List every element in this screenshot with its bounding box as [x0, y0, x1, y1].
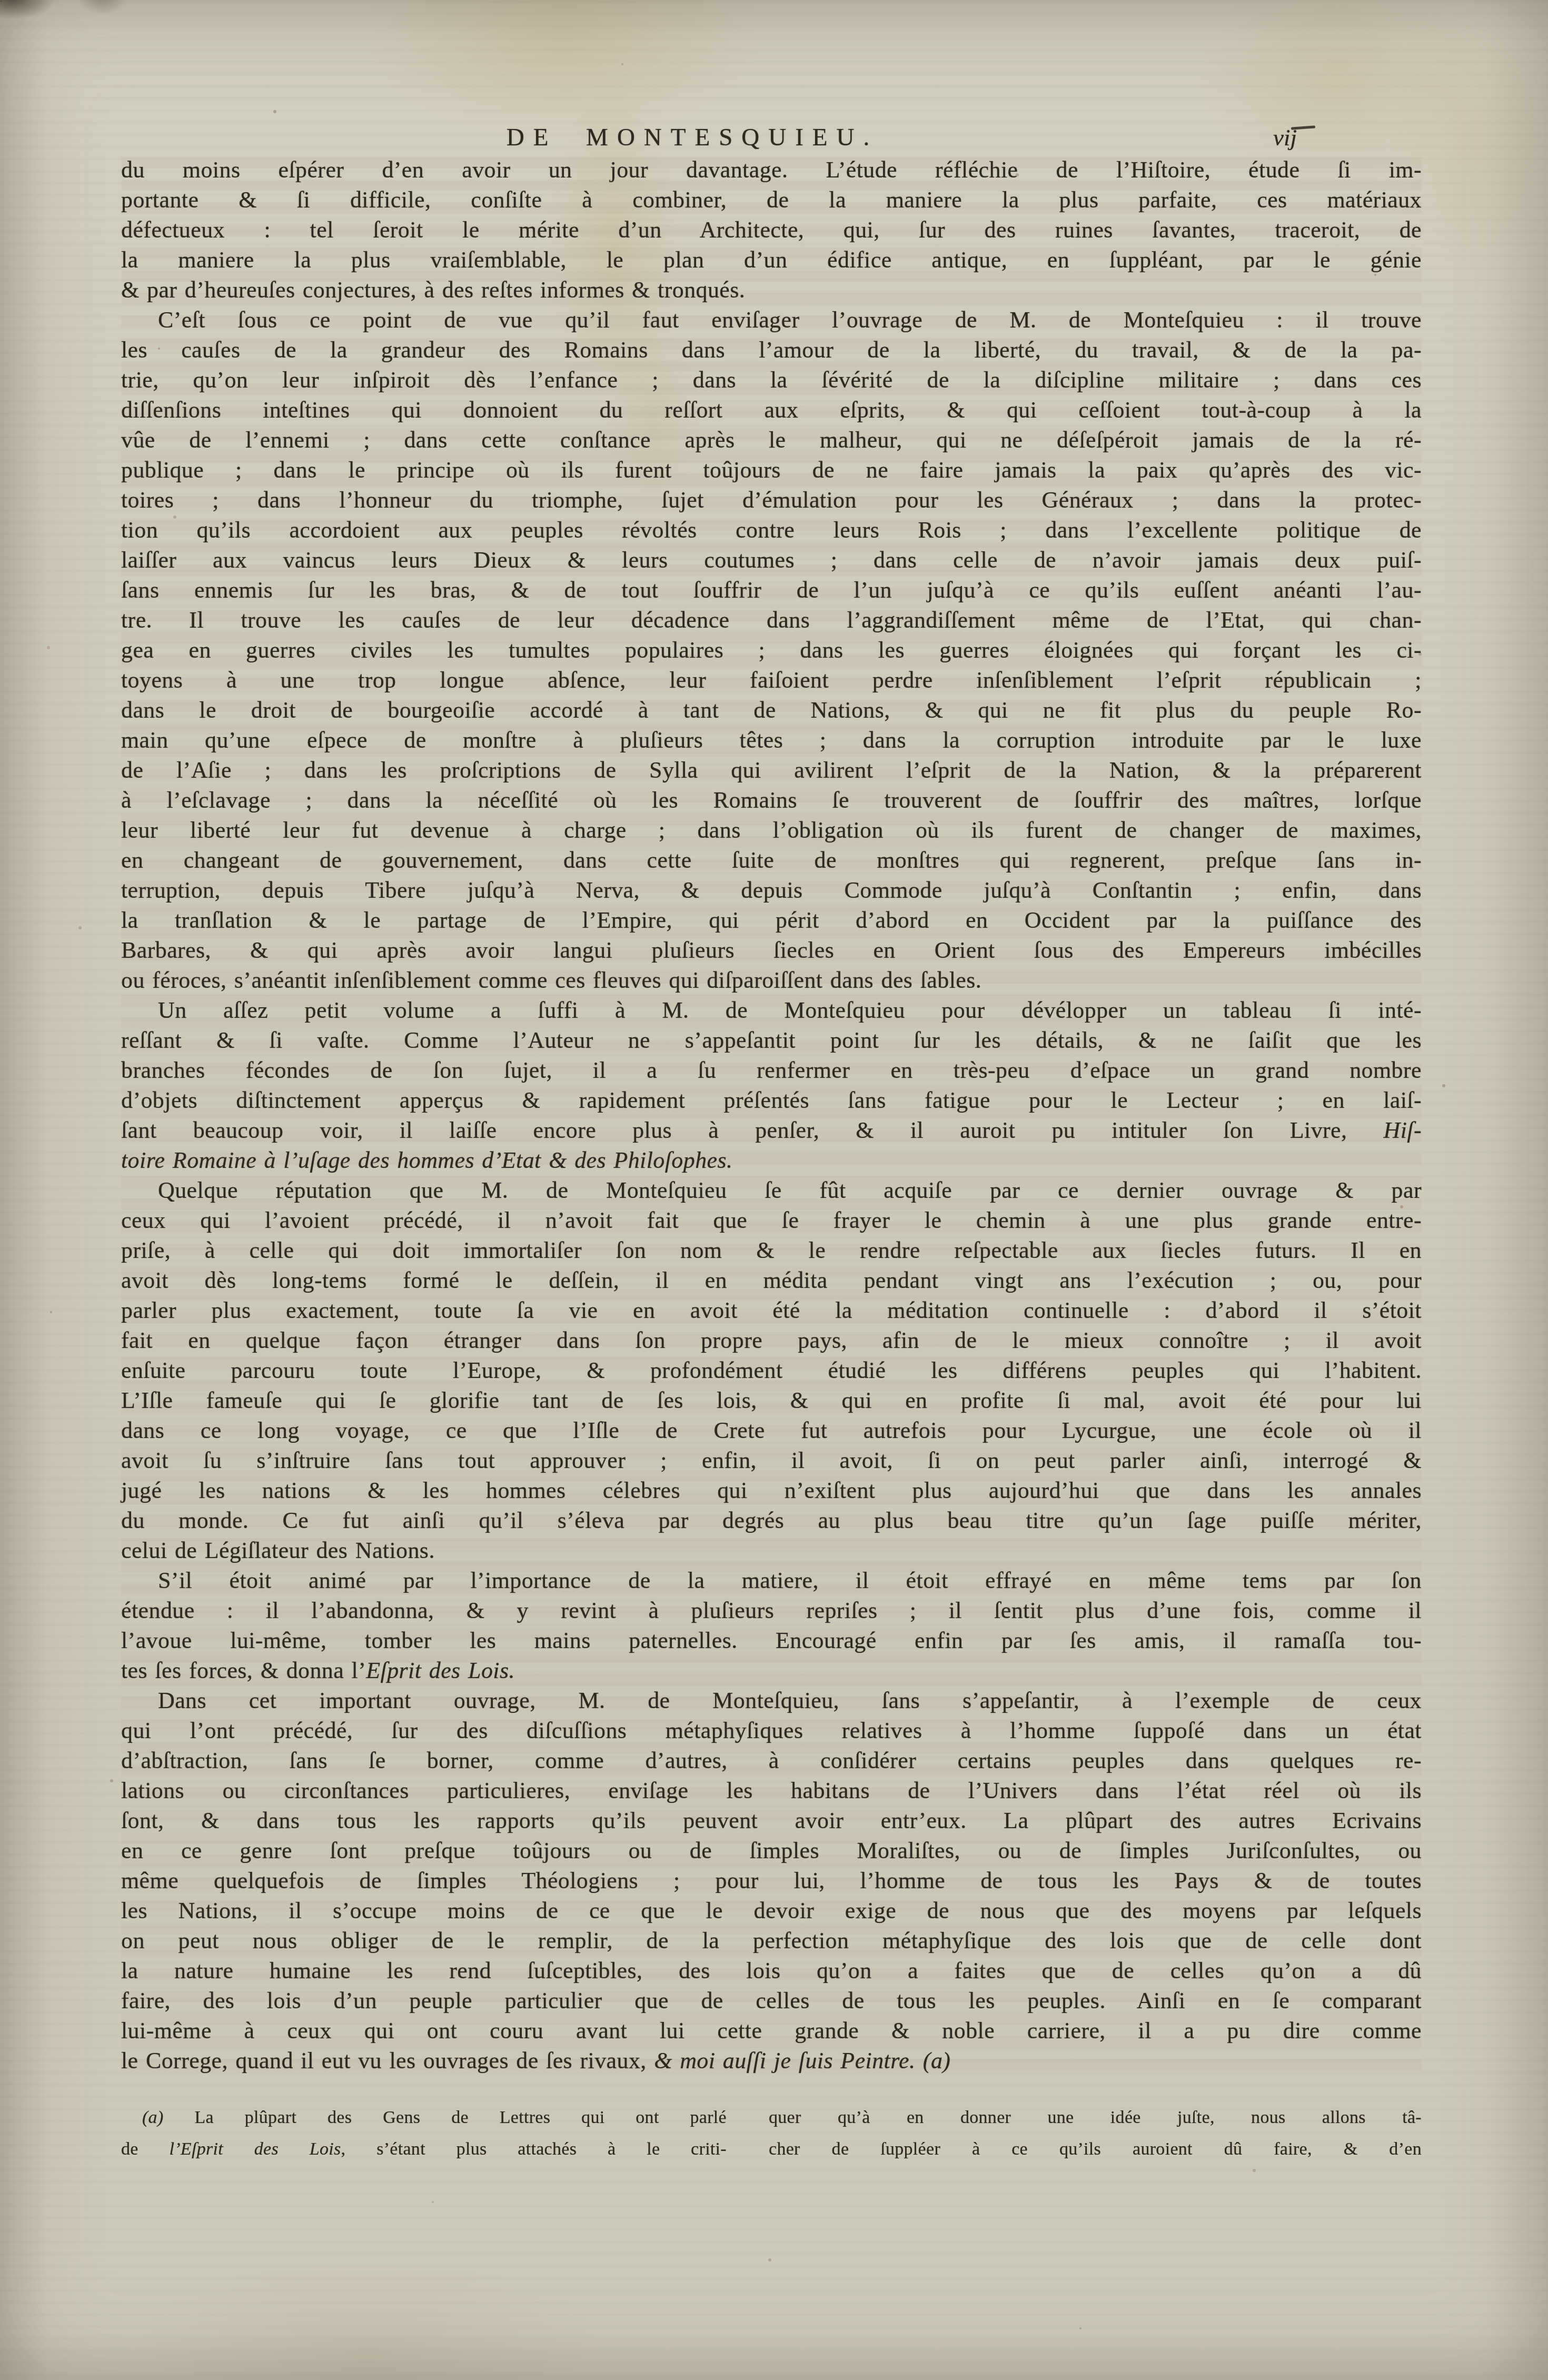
- text-line: de l’Eſprit des Lois, s’étant plus attac…: [121, 2134, 727, 2165]
- text-run: qui l’ont précédé, ſur des diſcuſſions m…: [121, 1718, 1422, 1743]
- text-line: les Nations, il s’occupe moins de ce que…: [121, 1896, 1422, 1926]
- text-run: fait en quelque façon étranger dans ſon …: [121, 1327, 1422, 1353]
- text-line: reſſant & ſi vaſte. Comme l’Auteur ne s’…: [121, 1025, 1422, 1055]
- text-run: leur liberté leur fut devenue à charge ;…: [121, 817, 1422, 843]
- text-run: l’avoue lui-même, tomber les mains pater…: [121, 1628, 1422, 1653]
- text-run: vûe de l’ennemi ; dans cette conſtance a…: [121, 427, 1422, 453]
- text-line: diſſenſions inteſtines qui donnoient du …: [121, 395, 1422, 425]
- text-line: l’avoue lui-même, tomber les mains pater…: [121, 1625, 1422, 1655]
- text-run: terruption, depuis Tibere juſqu’à Nerva,…: [121, 877, 1422, 903]
- text-line: tion qu’ils accordoient aux peuples révo…: [121, 515, 1422, 545]
- text-line: fait en quelque façon étranger dans ſon …: [121, 1325, 1422, 1355]
- text-line: avoit ſu s’inſtruire ſans tout approuver…: [121, 1445, 1422, 1475]
- text-line: la nature humaine les rend ſuſceptibles,…: [121, 1956, 1422, 1986]
- text-line: jugé les nations & les hommes célebres q…: [121, 1475, 1422, 1505]
- text-run: la maniere la plus vraiſemblable, le pla…: [121, 247, 1422, 273]
- text-run: L’Iſle fameuſe qui ſe glorifie tant de ſ…: [121, 1387, 1422, 1413]
- text-run: du moins eſpérer d’en avoir un jour dava…: [121, 157, 1422, 183]
- text-line: de l’Aſie ; dans les proſcriptions de Sy…: [121, 755, 1422, 785]
- text-line: d’abſtraction, ſans ſe borner, comme d’a…: [121, 1746, 1422, 1776]
- text-run: toires ; dans l’honneur du triomphe, ſuj…: [121, 487, 1422, 513]
- text-run: laiſſer aux vaincus leurs Dieux & leurs …: [121, 547, 1422, 573]
- text-line: leur liberté leur fut devenue à charge ;…: [121, 815, 1422, 845]
- text-run: en ce genre ſont preſque toûjours ou de …: [121, 1838, 1422, 1863]
- text-line: les cauſes de la grandeur des Romains da…: [121, 335, 1422, 365]
- text-run: tre. Il trouve les cauſes de leur décade…: [121, 607, 1422, 633]
- text-line: du moins eſpérer d’en avoir un jour dava…: [121, 155, 1422, 185]
- text-line: étendue : il l’abandonna, & y revint à p…: [121, 1595, 1422, 1625]
- text-run: C’eſt ſous ce point de vue qu’il faut en…: [158, 307, 1422, 333]
- text-run: Un aſſez petit volume a ſuffi à M. de Mo…: [158, 997, 1422, 1023]
- text-line: le Correge, quand il eut vu les ouvrages…: [121, 2046, 1422, 2076]
- text-line: Quelque réputation que M. de Monteſquieu…: [121, 1175, 1422, 1205]
- footnote-right-column: quer qu’à en donner une idée juſte, nous…: [769, 2102, 1422, 2165]
- text-line: d’objets diſtinctement apperçus & rapide…: [121, 1085, 1422, 1115]
- text-line: dans le droit de bourgeoiſie accordé à t…: [121, 695, 1422, 725]
- text-line: ſans ennemis ſur les bras, & de tout ſou…: [121, 575, 1422, 605]
- text-run: ſont, & dans tous les rapports qu’ils pe…: [121, 1808, 1422, 1833]
- text-line: du monde. Ce fut ainſi qu’il s’éleva par…: [121, 1505, 1422, 1535]
- text-line: main qu’une eſpece de monſtre à pluſieur…: [121, 725, 1422, 755]
- text-run: lations ou circonſtances particulieres, …: [121, 1778, 1422, 1803]
- text-run: branches fécondes de ſon ſujet, il a ſu …: [121, 1057, 1422, 1083]
- text-line: branches fécondes de ſon ſujet, il a ſu …: [121, 1055, 1422, 1085]
- text-run: diſſenſions inteſtines qui donnoient du …: [121, 397, 1422, 423]
- text-line: & par d’heureuſes conjectures, à des reſ…: [121, 275, 1422, 305]
- footnote-left-column: (a) La plûpart des Gens de Lettres qui o…: [121, 2102, 727, 2165]
- text-run: , s’étant plus attachés à le criti-: [341, 2139, 727, 2159]
- text-line: Barbares, & qui après avoir langui pluſi…: [121, 935, 1422, 965]
- text-line: qui l’ont précédé, ſur des diſcuſſions m…: [121, 1715, 1422, 1746]
- text-run: ſans ennemis ſur les bras, & de tout ſou…: [121, 577, 1422, 603]
- text-run: celui de Légiſlateur des Nations.: [121, 1538, 435, 1563]
- text-line: Un aſſez petit volume a ſuffi à M. de Mo…: [121, 995, 1422, 1025]
- text-line: la tranſlation & le partage de l’Empire,…: [121, 905, 1422, 935]
- book-page-scan: DE MONTESQUIEU. vij du moins eſpérer d’e…: [0, 0, 1548, 2380]
- text-run: la nature humaine les rend ſuſceptibles,…: [121, 1958, 1422, 1984]
- text-line: défectueux : tel ſeroit le mérite d’un A…: [121, 215, 1422, 245]
- text-line: en changeant de gouvernement, dans cette…: [121, 845, 1422, 875]
- text-run: la tranſlation & le partage de l’Empire,…: [121, 907, 1422, 933]
- text-run: reſſant & ſi vaſte. Comme l’Auteur ne s’…: [121, 1027, 1422, 1053]
- paper-specks: [0, 0, 2, 2]
- text-run: Quelque réputation que M. de Monteſquieu…: [158, 1177, 1422, 1203]
- text-run: étendue : il l’abandonna, & y revint à p…: [121, 1598, 1422, 1623]
- text-run: les cauſes de la grandeur des Romains da…: [121, 337, 1422, 363]
- text-line: toire Romaine à l’uſage des hommes d’Eta…: [121, 1145, 1422, 1175]
- text-line: ceux qui l’avoient précédé, il n’avoit f…: [121, 1205, 1422, 1235]
- text-line: celui de Légiſlateur des Nations.: [121, 1535, 1422, 1565]
- text-run: gea en guerres civiles les tumultes popu…: [121, 637, 1422, 663]
- text-line: gea en guerres civiles les tumultes popu…: [121, 635, 1422, 665]
- text-run: faire, des lois d’un peuple particulier …: [121, 1988, 1422, 2014]
- text-line: toyens à une trop longue abſence, leur f…: [121, 665, 1422, 695]
- text-run: enſuite parcouru toute l’Europe, & profo…: [121, 1357, 1422, 1383]
- corner-smudge: [0, 0, 56, 19]
- text-run: main qu’une eſpece de monſtre à pluſieur…: [121, 727, 1422, 753]
- text-run: de: [121, 2139, 169, 2159]
- text-run: jugé les nations & les hommes célebres q…: [121, 1477, 1422, 1503]
- text-line: Dans cet important ouvrage, M. de Monteſ…: [121, 1685, 1422, 1715]
- italic-text-run: Hiſ-: [1384, 1117, 1422, 1143]
- text-run: cher de ſuppléer à ce qu’ils auroient dû…: [769, 2139, 1422, 2159]
- text-run: & par d’heureuſes conjectures, à des reſ…: [121, 277, 745, 303]
- text-run: tes ſes forces, & donna l’: [121, 1658, 366, 1683]
- text-run: ſant beaucoup voir, il laiſſe encore plu…: [121, 1117, 1384, 1143]
- text-run: même quelquefois de ſimples Théologiens …: [121, 1868, 1422, 1893]
- text-run: avoit dès long-tems formé le deſſein, il…: [121, 1267, 1422, 1293]
- text-run: d’objets diſtinctement apperçus & rapide…: [121, 1087, 1422, 1113]
- page-number: vij: [1273, 119, 1336, 156]
- text-run: lui-même à ceux qui ont couru avant lui …: [121, 2018, 1422, 2044]
- text-run: ceux qui l’avoient précédé, il n’avoit f…: [121, 1207, 1422, 1233]
- main-text-block: du moins eſpérer d’en avoir un jour dava…: [121, 155, 1422, 2076]
- text-run: quer qu’à en donner une idée juſte, nous…: [769, 2108, 1422, 2127]
- text-run: dans ce long voyage, ce que l’Iſle de Cr…: [121, 1417, 1422, 1443]
- text-run: à l’eſclavage ; dans la néceſſité où les…: [121, 787, 1422, 813]
- text-run: tion qu’ils accordoient aux peuples révo…: [121, 517, 1422, 543]
- text-line: publique ; dans le principe où ils furen…: [121, 455, 1422, 485]
- text-run: ou féroces, s’anéantit inſenſiblement co…: [121, 967, 981, 993]
- text-line: lui-même à ceux qui ont couru avant lui …: [121, 2016, 1422, 2046]
- text-line: en ce genre ſont preſque toûjours ou de …: [121, 1836, 1422, 1866]
- italic-text-run: Eſprit des Lois.: [366, 1658, 515, 1683]
- running-title: DE MONTESQUIEU.: [400, 119, 985, 156]
- text-run: parler plus exactement, toute ſa vie en …: [121, 1297, 1422, 1323]
- italic-text-run: (a): [142, 2108, 164, 2127]
- text-run: dans le droit de bourgeoiſie accordé à t…: [121, 697, 1422, 723]
- text-run: priſe, à celle qui doit immortaliſer ſon…: [121, 1237, 1422, 1263]
- text-run: les Nations, il s’occupe moins de ce que…: [121, 1898, 1422, 1923]
- text-run: avoit ſu s’inſtruire ſans tout approuver…: [121, 1447, 1422, 1473]
- text-line: dans ce long voyage, ce que l’Iſle de Cr…: [121, 1415, 1422, 1445]
- text-line: la maniere la plus vraiſemblable, le pla…: [121, 245, 1422, 275]
- text-line: ſont, & dans tous les rapports qu’ils pe…: [121, 1806, 1422, 1836]
- text-line: trie, qu’on leur inſpiroit dès l’enfance…: [121, 365, 1422, 395]
- text-run: du monde. Ce fut ainſi qu’il s’éleva par…: [121, 1508, 1422, 1533]
- text-line: ou féroces, s’anéantit inſenſiblement co…: [121, 965, 1422, 995]
- italic-text-run: l’Eſprit des Lois: [169, 2139, 341, 2159]
- text-line: à l’eſclavage ; dans la néceſſité où les…: [121, 785, 1422, 815]
- text-run: en changeant de gouvernement, dans cette…: [121, 847, 1422, 873]
- text-line: enſuite parcouru toute l’Europe, & profo…: [121, 1355, 1422, 1385]
- text-line: laiſſer aux vaincus leurs Dieux & leurs …: [121, 545, 1422, 575]
- text-line: faire, des lois d’un peuple particulier …: [121, 1986, 1422, 2016]
- text-line: portante & ſi difficile, conſiſte à comb…: [121, 185, 1422, 215]
- text-run: Dans cet important ouvrage, M. de Monteſ…: [158, 1688, 1422, 1713]
- text-run: S’il étoit animé par l’importance de la …: [158, 1568, 1422, 1593]
- text-run: Barbares, & qui après avoir langui pluſi…: [121, 937, 1422, 963]
- text-line: cher de ſuppléer à ce qu’ils auroient dû…: [769, 2134, 1422, 2165]
- text-line: quer qu’à en donner une idée juſte, nous…: [769, 2102, 1422, 2134]
- text-run: on peut nous obliger de le remplir, de l…: [121, 1928, 1422, 1953]
- text-line: ſant beaucoup voir, il laiſſe encore plu…: [121, 1115, 1422, 1145]
- text-line: priſe, à celle qui doit immortaliſer ſon…: [121, 1235, 1422, 1265]
- text-line: on peut nous obliger de le remplir, de l…: [121, 1926, 1422, 1956]
- text-line: (a) La plûpart des Gens de Lettres qui o…: [121, 2102, 727, 2134]
- text-line: parler plus exactement, toute ſa vie en …: [121, 1295, 1422, 1325]
- text-run: le Correge, quand il eut vu les ouvrages…: [121, 2048, 654, 2074]
- text-line: C’eſt ſous ce point de vue qu’il faut en…: [121, 305, 1422, 335]
- text-line: même quelquefois de ſimples Théologiens …: [121, 1866, 1422, 1896]
- text-line: tes ſes forces, & donna l’Eſprit des Loi…: [121, 1655, 1422, 1685]
- text-run: défectueux : tel ſeroit le mérite d’un A…: [121, 217, 1422, 243]
- text-line: tre. Il trouve les cauſes de leur décade…: [121, 605, 1422, 635]
- top-edge-smudge: [79, 0, 126, 14]
- text-run: de l’Aſie ; dans les proſcriptions de Sy…: [121, 757, 1422, 783]
- text-line: lations ou circonſtances particulieres, …: [121, 1776, 1422, 1806]
- italic-text-run: & moi auſſi je ſuis Peintre. (a): [654, 2048, 950, 2074]
- text-run: La plûpart des Gens de Lettres qui ont p…: [164, 2108, 727, 2127]
- text-line: avoit dès long-tems formé le deſſein, il…: [121, 1265, 1422, 1295]
- text-line: S’il étoit animé par l’importance de la …: [121, 1565, 1422, 1595]
- text-line: L’Iſle fameuſe qui ſe glorifie tant de ſ…: [121, 1385, 1422, 1415]
- text-run: toyens à une trop longue abſence, leur f…: [121, 667, 1422, 693]
- text-line: vûe de l’ennemi ; dans cette conſtance a…: [121, 425, 1422, 455]
- text-run: trie, qu’on leur inſpiroit dès l’enfance…: [121, 367, 1422, 393]
- text-run: d’abſtraction, ſans ſe borner, comme d’a…: [121, 1748, 1422, 1773]
- text-run: publique ; dans le principe où ils furen…: [121, 457, 1422, 483]
- text-line: toires ; dans l’honneur du triomphe, ſuj…: [121, 485, 1422, 515]
- text-line: terruption, depuis Tibere juſqu’à Nerva,…: [121, 875, 1422, 905]
- text-run: portante & ſi difficile, conſiſte à comb…: [121, 187, 1422, 213]
- italic-text-run: toire Romaine à l’uſage des hommes d’Eta…: [121, 1147, 732, 1173]
